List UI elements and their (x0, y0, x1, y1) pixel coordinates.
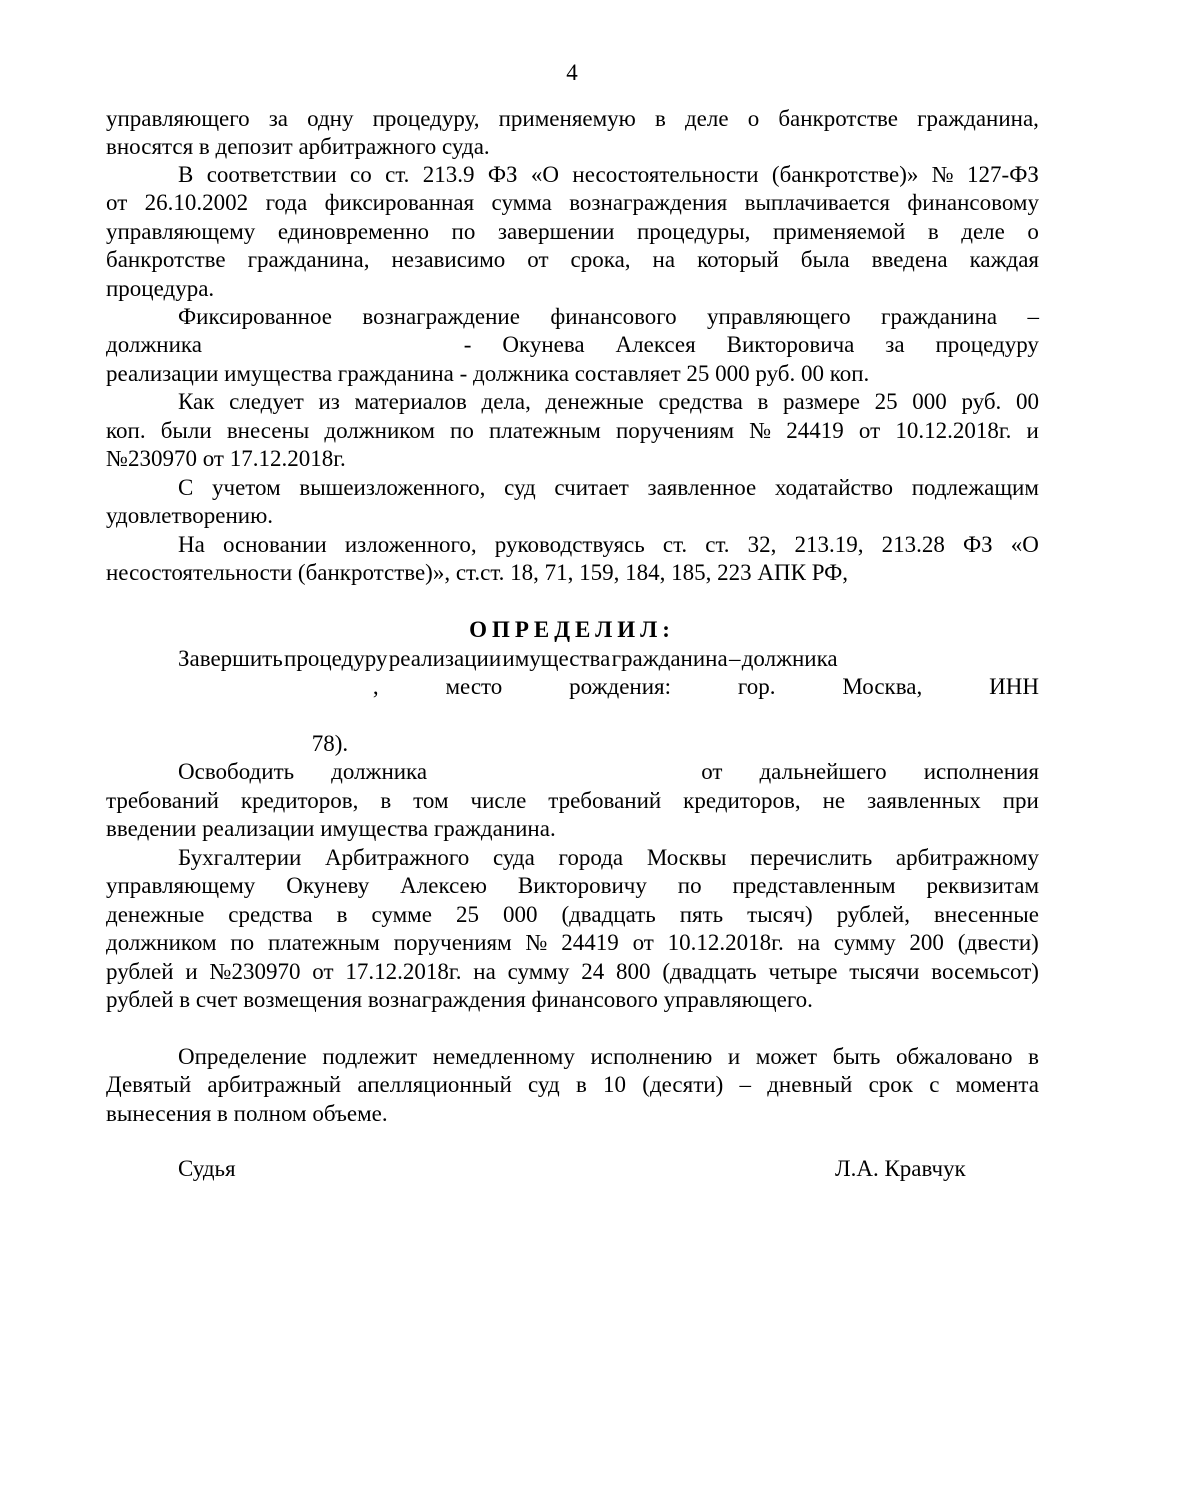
text-line: Определениеподлежитнемедленномуисполнени… (178, 1043, 1039, 1071)
redacted-text (233, 331, 433, 359)
redacted-text (839, 645, 1039, 673)
text-line: управляющемуединовременнопозавершениипро… (106, 218, 1039, 246)
text-line: Освободитьдолжника отдальнейшегоисполнен… (178, 758, 1039, 786)
text-line: процедура. (106, 275, 1039, 303)
document-page: 4 управляющегозаоднупроцедуру,применяему… (0, 0, 1194, 1496)
text-line: Фиксированноевознаграждениефинансовогоуп… (178, 303, 1039, 331)
redacted-text (464, 758, 664, 786)
text-line: реализации имущества гражданина - должни… (106, 360, 1039, 388)
redacted-text (106, 702, 306, 730)
text-line: требованийкредиторов,втомчислетребований… (106, 787, 1039, 815)
text-line: банкротствегражданина,независимоотсрока,… (106, 246, 1039, 274)
text-line: Завершитьпроцедуруреализацииимуществагра… (178, 645, 1039, 673)
text-line: №230970 от 17.12.2018г. (106, 445, 1039, 473)
text-line: управляющегозаоднупроцедуру,применяемуюв… (106, 105, 1039, 133)
signature-name: Л.А. Кравчук (835, 1156, 966, 1182)
text-line: 78). (106, 730, 1039, 758)
text-line: вносятся в депозит арбитражного суда. (106, 133, 1039, 161)
redacted-text (106, 730, 306, 758)
text-line: управляющемуОкуневуАлексеюВикторовичупоп… (106, 872, 1039, 900)
text-line (106, 702, 1039, 730)
text-line: несостоятельности (банкротстве)», ст.ст.… (106, 559, 1039, 587)
text-line: Наоснованииизложенного,руководствуясьст.… (178, 531, 1039, 559)
text-line: БухгалтерииАрбитражногосудагородаМосквып… (178, 844, 1039, 872)
text-line: Сучетомвышеизложенного,судсчитаетзаявлен… (178, 474, 1039, 502)
text-line: вынесения в полном объеме. (106, 1100, 1039, 1128)
text-line: должника -ОкуневаАлексеяВикторовичазапро… (106, 331, 1039, 359)
text-line: Какследуетизматериаловдела,денежныесредс… (178, 388, 1039, 416)
text-line: от26.10.2002годафиксированнаясуммавознаг… (106, 189, 1039, 217)
text-line: Девятыйарбитражныйапелляционныйсудв10(де… (106, 1071, 1039, 1099)
text-line: рублейи№230970от17.12.2018г.насумму24800… (106, 958, 1039, 986)
signature-role: Судья (178, 1156, 236, 1182)
text-line: рублей в счет возмещения вознаграждения … (106, 986, 1039, 1014)
ruling-heading: ОПРЕДЕЛИЛ: (0, 617, 1144, 643)
page-number: 4 (0, 60, 1144, 86)
text-line: Всоответствиисост.213.9ФЗ«Онесостоятельн… (178, 161, 1039, 189)
text-line: введении реализации имущества гражданина… (106, 815, 1039, 843)
text-line: коп.быливнесеныдолжникомпоплатежнымпоруч… (106, 417, 1039, 445)
text-line: удовлетворению. (106, 502, 1039, 530)
text-line: должникомпоплатежнымпоручениям№24419от10… (106, 929, 1039, 957)
text-line: ,месторождения:гор.Москва,ИНН (106, 673, 1039, 701)
redacted-text (106, 673, 306, 701)
text-line: денежныесредствавсумме25000(двадцатьпять… (106, 901, 1039, 929)
